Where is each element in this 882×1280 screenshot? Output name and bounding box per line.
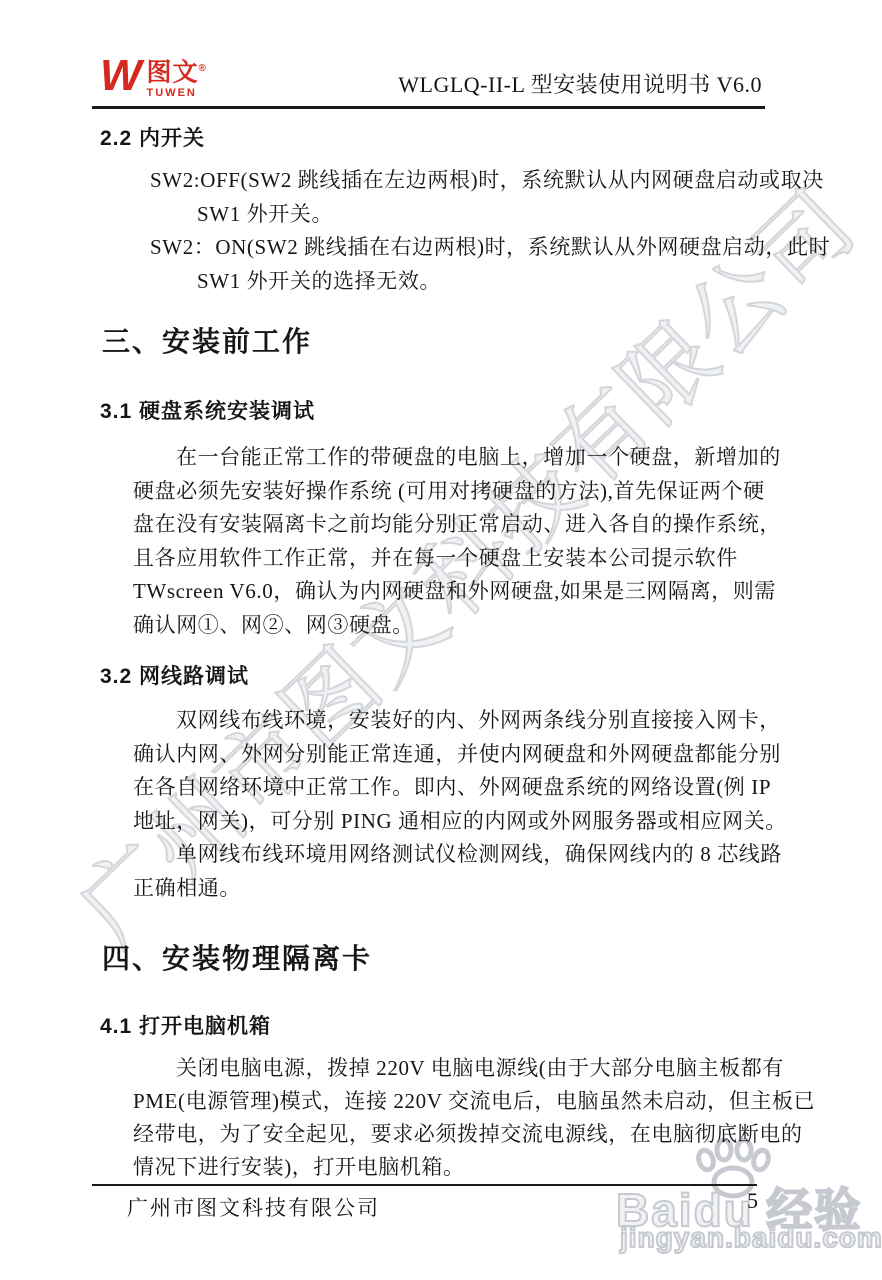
heading-3-1: 3.1 硬盘系统安装调试 — [100, 395, 315, 425]
paragraph-3-1: 在一台能正常工作的带硬盘的电脑上，增加一个硬盘，新增加的 硬盘必须先安装好操作系… — [133, 441, 781, 642]
baidu-url-text: jingyan.baidu.com — [620, 1222, 882, 1254]
text-line: 盘在没有安装隔离卡之前均能分别正常启动、进入各自的操作系统， — [133, 508, 781, 542]
paragraph-3-2: 双网线布线环境，安装好的内、外网两条线分别直接接入网卡， 确认内网、外网分别能正… — [133, 704, 787, 838]
text-line: 地址，网关)，可分别 PING 通相应的内网或外网服务器或相应网关。 — [133, 805, 787, 839]
baidu-suffix-text: 经验 — [766, 1184, 862, 1236]
text-line: 单网线布线环境用网络测试仪检测网线，确保网线内的 8 芯线路 — [133, 838, 782, 872]
text-line: 关闭电脑电源，拨掉 220V 电脑电源线(由于大部分电脑主板都有 — [133, 1052, 815, 1085]
tuwen-logo-cn-text: 图文 — [147, 58, 199, 86]
page-number: 5 — [747, 1188, 758, 1214]
paragraph-sw-switch: SW2:OFF(SW2 跳线插在左边两根)时，系统默认从内网硬盘启动或取决 SW… — [150, 164, 830, 298]
heading-section-3: 三、安装前工作 — [102, 320, 312, 360]
heading-4-1: 4.1 打开电脑机箱 — [100, 1010, 271, 1040]
text-line: PME(电源管理)模式，连接 220V 交流电后，电脑虽然未启动，但主板已 — [133, 1085, 815, 1118]
text-line: 确认网①、网②、网③硬盘。 — [133, 609, 781, 643]
text-line: 情况下进行安装)，打开电脑机箱。 — [133, 1151, 815, 1184]
heading-2-2: 2.2 内开关 — [100, 122, 205, 152]
document-page: 广州市图文科技有限公司 Baidu 经验 jingyan.baidu.com W… — [0, 0, 882, 1280]
text-line: 在一台能正常工作的带硬盘的电脑上，增加一个硬盘，新增加的 — [133, 441, 781, 475]
text-line: 且各应用软件工作正常，并在每一个硬盘上安装本公司提示软件 — [133, 542, 781, 576]
footer-divider — [92, 1184, 757, 1186]
text-line: SW2:OFF(SW2 跳线插在左边两根)时，系统默认从内网硬盘启动或取决 — [150, 164, 830, 198]
text-line: SW1 外开关。 — [150, 198, 830, 232]
tuwen-w-icon: W — [100, 56, 140, 96]
tuwen-logo: W 图文® TUWEN — [100, 56, 207, 99]
text-line: 双网线布线环境，安装好的内、外网两条线分别直接接入网卡， — [133, 704, 787, 738]
text-line: TWscreen V6.0，确认为内网硬盘和外网硬盘,如果是三网隔离，则需 — [133, 575, 781, 609]
heading-3-2: 3.2 网线路调试 — [100, 660, 249, 690]
tuwen-logo-chinese: 图文® — [147, 56, 207, 85]
heading-section-4: 四、安装物理隔离卡 — [102, 937, 372, 977]
text-line: 硬盘必须先安装好操作系统 (可用对拷硬盘的方法),首先保证两个硬 — [133, 475, 781, 509]
text-line: 在各自网络环境中正常工作。即内、外网硬盘系统的网络设置(例 IP — [133, 771, 787, 805]
header-divider — [92, 106, 765, 109]
text-line: SW1 外开关的选择无效。 — [150, 265, 830, 299]
tuwen-logo-text: 图文® TUWEN — [147, 56, 207, 99]
tuwen-logo-latin: TUWEN — [147, 87, 207, 99]
text-line: 经带电，为了安全起见，要求必须拨掉交流电源线，在电脑彻底断电的 — [133, 1118, 815, 1151]
document-title: WLGLQ-II-L 型安装使用说明书 V6.0 — [398, 68, 762, 99]
text-line: 正确相通。 — [133, 872, 782, 906]
baidu-brand-text: Baidu — [616, 1184, 754, 1236]
footer-company: 广州市图文科技有限公司 — [127, 1192, 380, 1222]
text-line: SW2：ON(SW2 跳线插在右边两根)时，系统默认从外网硬盘启动，此时 — [150, 231, 830, 265]
paragraph-3-2b: 单网线布线环境用网络测试仪检测网线，确保网线内的 8 芯线路 正确相通。 — [133, 838, 782, 905]
registered-mark-icon: ® — [199, 63, 207, 74]
paragraph-4-1: 关闭电脑电源，拨掉 220V 电脑电源线(由于大部分电脑主板都有 PME(电源管… — [133, 1052, 815, 1184]
text-line: 确认内网、外网分别能正常连通，并使内网硬盘和外网硬盘都能分别 — [133, 738, 787, 772]
